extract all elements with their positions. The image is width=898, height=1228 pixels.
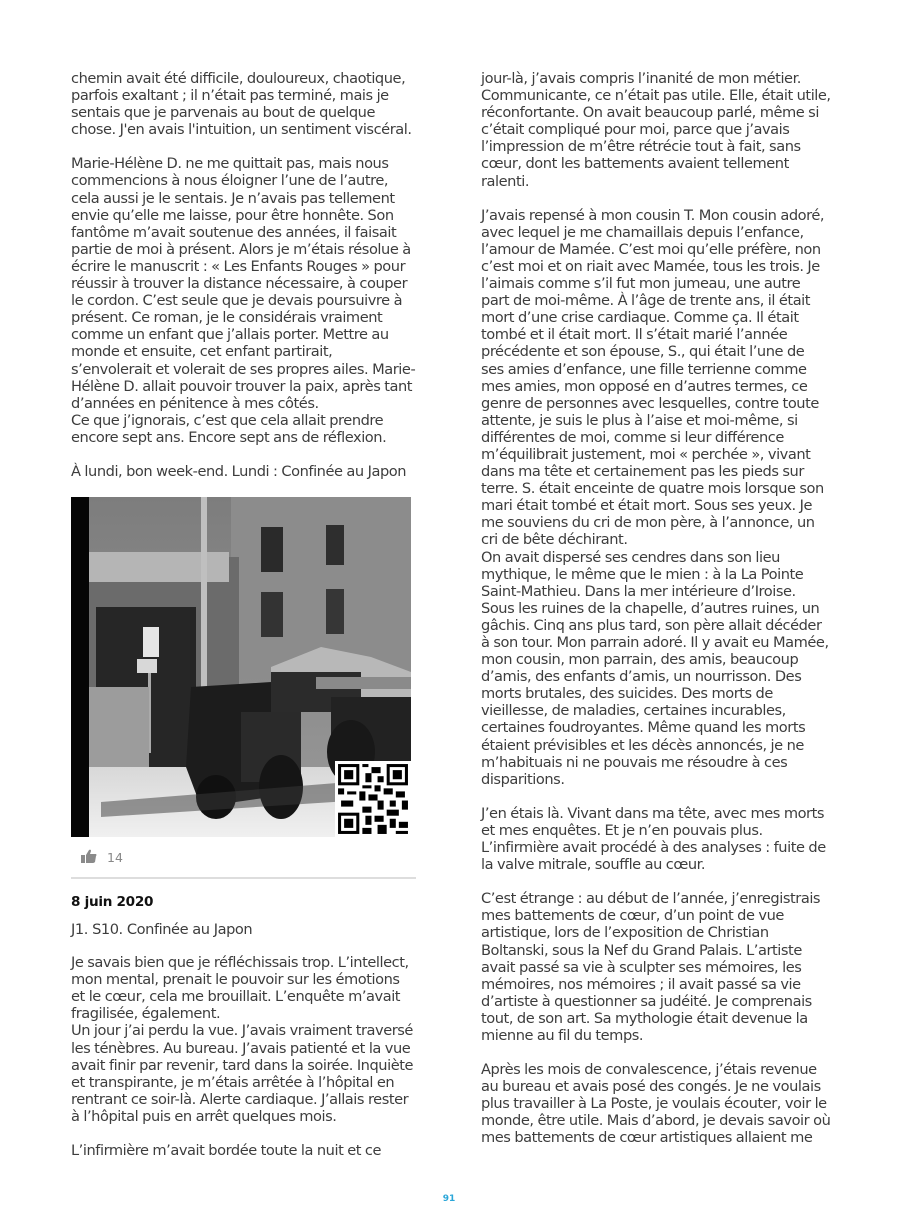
archival-photo bbox=[71, 497, 411, 837]
qr-code[interactable] bbox=[335, 761, 411, 837]
paragraph: On avait dispersé ses cendres dans son l… bbox=[481, 549, 831, 788]
paragraph: Après les mois de convalescence, j’étais… bbox=[481, 1061, 831, 1146]
like-count: 14 bbox=[107, 850, 123, 865]
paragraph: À lundi, bon week-end. Lundi : Confinée … bbox=[71, 463, 416, 480]
paragraph: Marie-Hélène D. ne me quittait pas, mais… bbox=[71, 155, 416, 411]
post-title: J1. S10. Confinée au Japon bbox=[71, 921, 416, 938]
paragraph: jour-là, j’avais compris l’inanité de mo… bbox=[481, 70, 831, 190]
paragraph: chemin avait été difficile, douloureux, … bbox=[71, 70, 416, 138]
paragraph: Ce que j’ignorais, c’est que cela allait… bbox=[71, 412, 416, 446]
paragraph: C’est étrange : au début de l’année, j’e… bbox=[481, 890, 831, 1044]
left-column: chemin avait été difficile, douloureux, … bbox=[71, 70, 416, 1159]
page-number: 91 bbox=[0, 1194, 898, 1204]
paragraph: L’infirmière m’avait bordée toute la nui… bbox=[71, 1142, 416, 1159]
thumbs-up-icon[interactable] bbox=[81, 848, 97, 867]
paragraph: J’avais repensé à mon cousin T. Mon cous… bbox=[481, 207, 831, 549]
paragraph: J’en étais là. Vivant dans ma tête, avec… bbox=[481, 805, 831, 873]
post-date: 8 juin 2020 bbox=[71, 894, 416, 910]
paragraph: Un jour j’ai perdu la vue. J’avais vraim… bbox=[71, 1022, 416, 1125]
paragraph: Je savais bien que je réfléchissais trop… bbox=[71, 954, 416, 1022]
like-bar: 14 bbox=[71, 837, 416, 877]
divider bbox=[71, 877, 416, 879]
right-column: jour-là, j’avais compris l’inanité de mo… bbox=[481, 70, 831, 1147]
